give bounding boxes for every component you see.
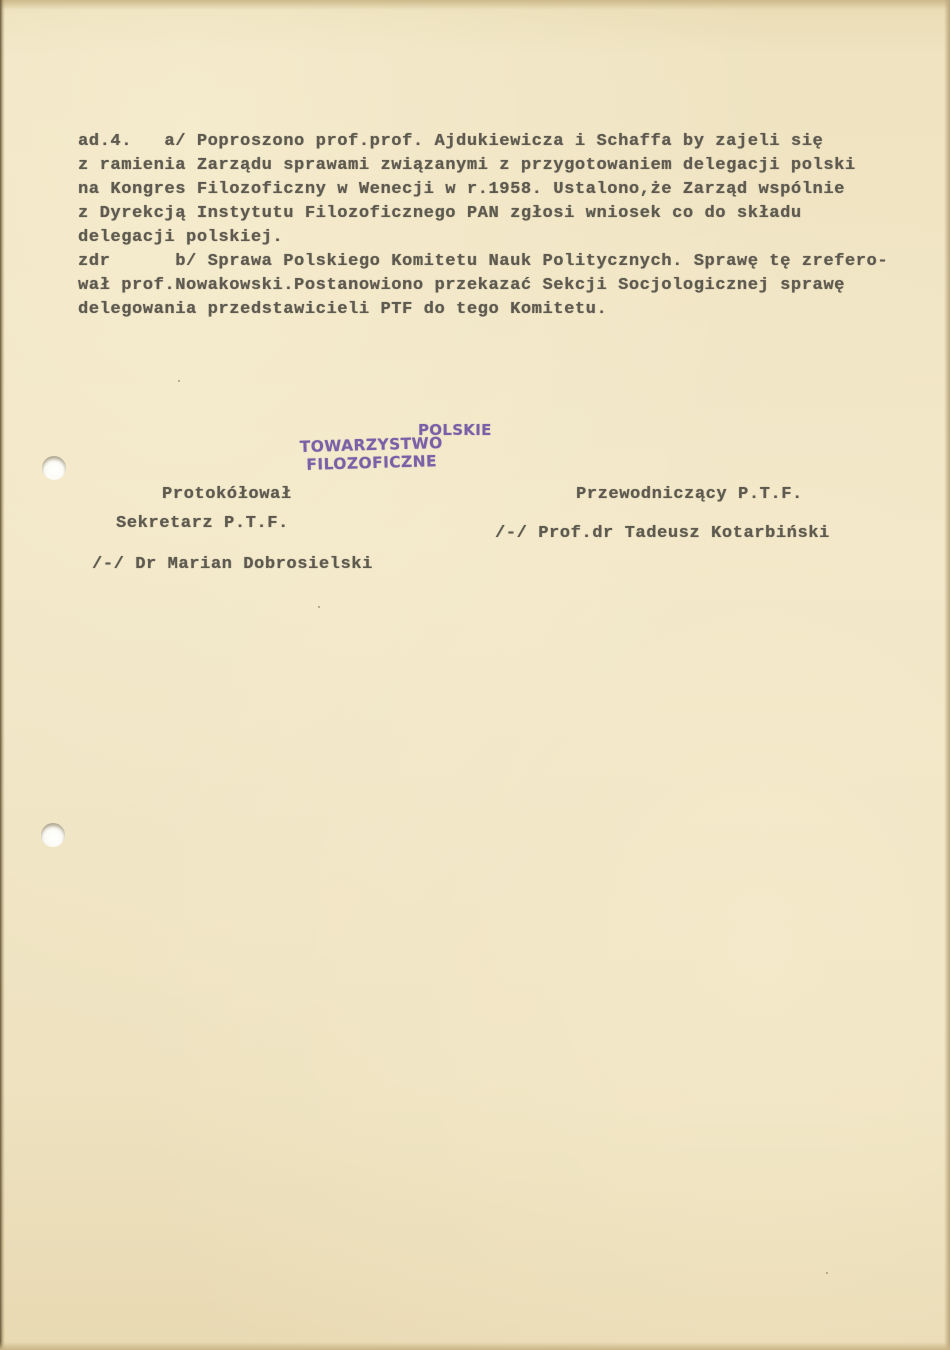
body-line-5: delegacji polskiej. — [78, 227, 283, 249]
paper-edge-right — [944, 0, 950, 1350]
stamp-line-2: TOWARZYSTWO FILOZOFICZNE — [299, 434, 443, 474]
signature-right-role: Przewodniczący P.T.F. — [576, 485, 803, 504]
body-line-1: ad.4. a/ Poproszono prof.prof. Ajdukiewi… — [78, 131, 823, 153]
paper-edge-left — [0, 0, 5, 1350]
paper-edge-top — [0, 0, 950, 10]
body-line-7: wał prof.Nowakowski.Postanowiono przekaz… — [78, 275, 845, 297]
document-page: ad.4. a/ Poproszono prof.prof. Ajdukiewi… — [0, 0, 950, 1350]
signature-left-role: Protokółował — [162, 485, 292, 504]
minutes-body-text: ad.4. a/ Poproszono prof.prof. Ajdukiewi… — [78, 131, 121, 321]
paper-speck — [178, 380, 180, 382]
paper-edge-bottom — [0, 1342, 950, 1350]
punch-hole-icon — [42, 456, 66, 480]
signature-right-name: /-/ Prof.dr Tadeusz Kotarbiński — [495, 524, 830, 543]
body-line-6: zdr b/ Sprawa Polskiego Komitetu Nauk Po… — [78, 251, 888, 273]
body-line-3: na Kongres Filozoficzny w Wenecji w r.19… — [78, 179, 845, 201]
body-line-4: z Dyrekcją Instytutu Filozoficznego PAN … — [78, 203, 802, 225]
body-line-2: z ramienia Zarządu sprawami związanymi z… — [78, 155, 856, 177]
signature-left-title: Sekretarz P.T.F. — [116, 514, 289, 533]
paper-speck — [318, 606, 320, 608]
paper-speck — [826, 1272, 828, 1274]
signature-left-name: /-/ Dr Marian Dobrosielski — [92, 555, 373, 574]
punch-hole-icon — [41, 823, 65, 847]
body-line-8: delegowania przedstawicieli PTF do tego … — [78, 299, 607, 321]
